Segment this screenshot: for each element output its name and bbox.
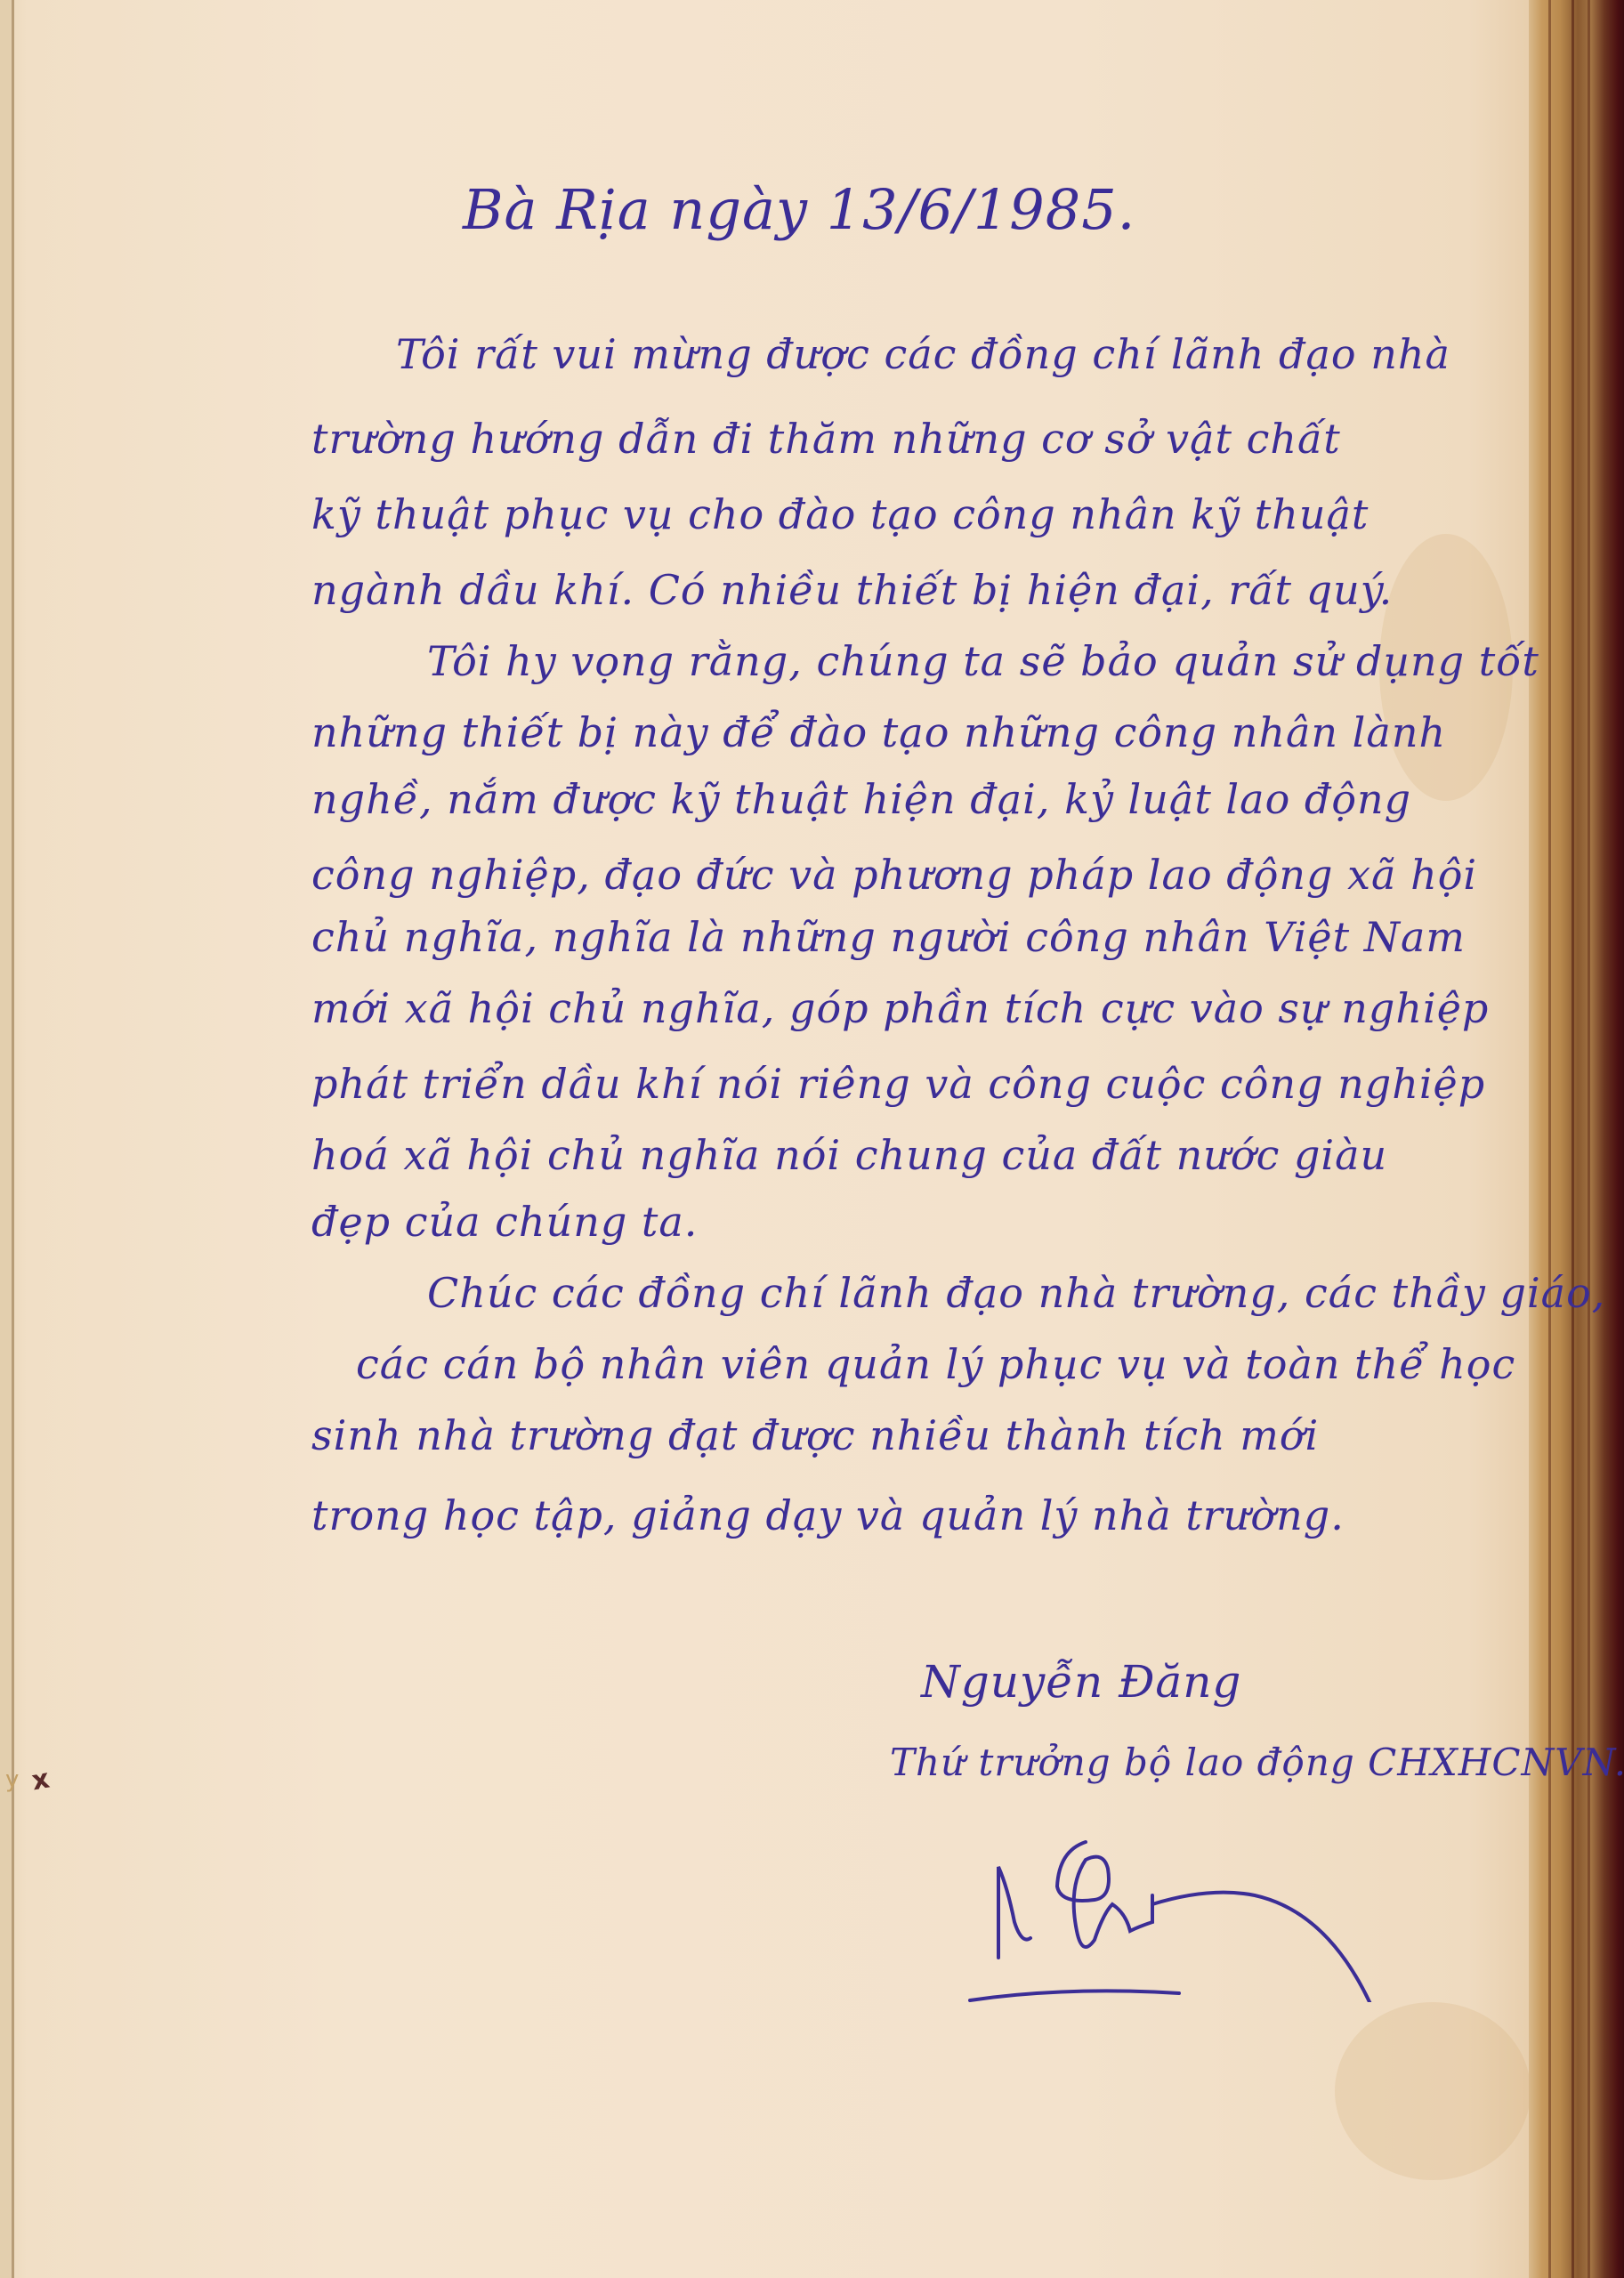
body-line: trường hướng dẫn đi thăm những cơ sở vật…: [311, 418, 1341, 459]
signature-icon: [961, 1833, 1442, 2002]
signer-name: Nguyễn Đăng: [921, 1660, 1241, 1704]
binding-line: [12, 0, 14, 2278]
body-line: các cán bộ nhân viên quản lý phục vụ và …: [356, 1344, 1515, 1385]
body-line: trong học tập, giảng dạy và quản lý nhà …: [311, 1495, 1345, 1536]
body-line: chủ nghĩa, nghĩa là những người công nhâ…: [311, 917, 1466, 957]
body-line: phát triển dầu khí nói riêng và công cuộ…: [311, 1063, 1485, 1104]
body-line: những thiết bị này để đào tạo những công…: [311, 712, 1446, 753]
signer-title: Thứ trưởng bộ lao động CHXHCNVN.: [890, 1744, 1624, 1781]
paper-stain: [1335, 2002, 1531, 2180]
place-date-heading: Bà Rịa ngày 13/6/1985.: [463, 182, 1135, 238]
body-line: sinh nhà trường đạt được nhiều thành tíc…: [311, 1415, 1319, 1456]
body-line: Tôi hy vọng rằng, chúng ta sẽ bảo quản s…: [427, 641, 1539, 682]
body-line: ngành dầu khí. Có nhiều thiết bị hiện đạ…: [311, 569, 1393, 610]
body-line: mới xã hội chủ nghĩa, góp phần tích cực …: [311, 988, 1489, 1029]
body-line: đẹp của chúng ta.: [311, 1201, 698, 1242]
margin-mark: x: [29, 1764, 52, 1797]
margin-mark-faded: y: [5, 1766, 19, 1793]
body-line: nghề, nắm được kỹ thuật hiện đại, kỷ luậ…: [311, 779, 1411, 820]
spine-streak: [1548, 0, 1551, 2278]
body-line: kỹ thuật phục vụ cho đào tạo công nhân k…: [311, 494, 1369, 535]
body-line: Chúc các đồng chí lãnh đạo nhà trường, c…: [427, 1272, 1605, 1313]
previous-page-edge: [0, 0, 12, 2278]
spine-streak: [1571, 0, 1574, 2278]
body-line: hoá xã hội chủ nghĩa nói chung của đất n…: [311, 1135, 1387, 1175]
spine-streak: [1588, 0, 1590, 2278]
body-line: Tôi rất vui mừng được các đồng chí lãnh …: [396, 334, 1450, 375]
book-spine-edge: [1529, 0, 1624, 2278]
body-line: công nghiệp, đạo đức và phương pháp lao …: [311, 854, 1477, 895]
guestbook-page: y x Bà Rịa ngày 13/6/1985. Tôi rất vui m…: [0, 0, 1624, 2278]
